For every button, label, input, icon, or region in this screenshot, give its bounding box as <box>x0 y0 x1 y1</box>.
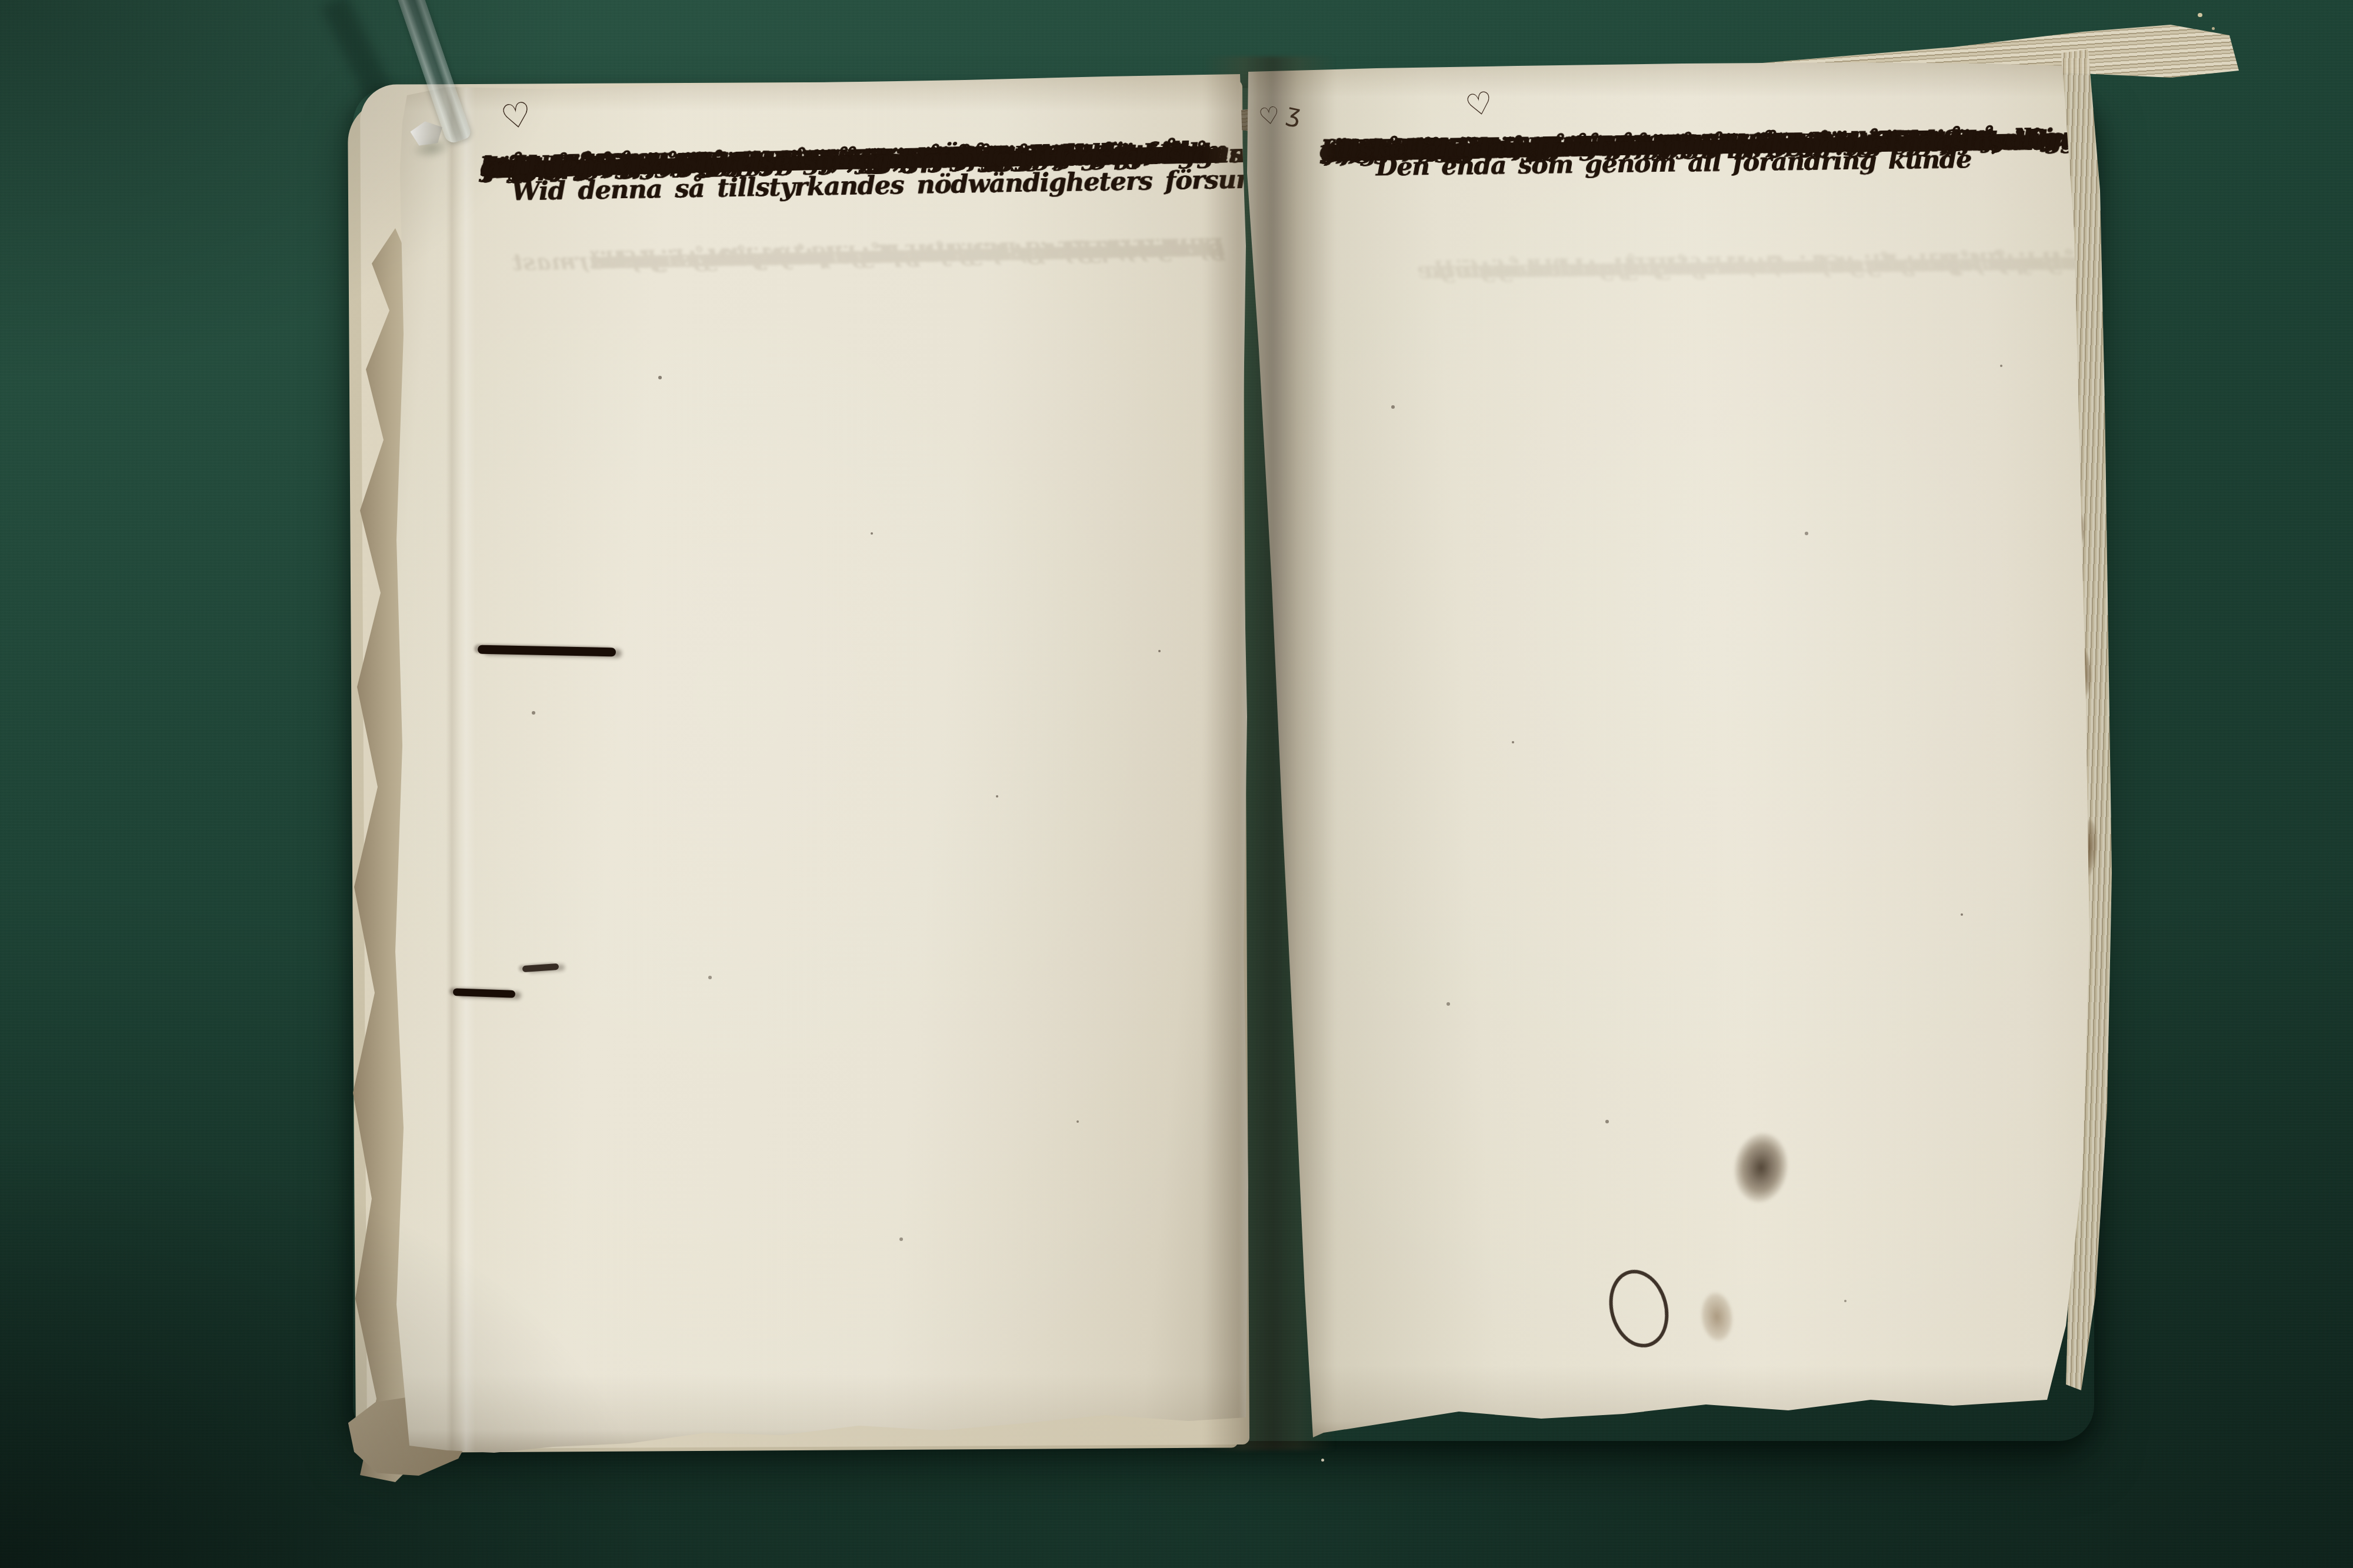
ink-bleed-through: gare hult wiste, härtill göra den ändrin… <box>400 219 1224 236</box>
ghost-line: bullret, hindrade nu mest, at fullfölja … <box>1424 232 2095 299</box>
ghost-line: gladare, plikt at till tjenstens framgån… <box>600 219 1225 289</box>
ink-blot <box>1694 1286 1742 1362</box>
manuscript-photo: gare hult wiste, härtill göra den ändrin… <box>0 0 2353 1568</box>
heart-doodle-icon: ♡ <box>498 96 534 135</box>
ghost-line: gare hult wiste, härtill göra den ändrin… <box>511 219 1225 291</box>
ghost-line: i fall de timmar som åtanlaga på Kyrkans… <box>591 219 1225 289</box>
ghost-line: billiga klagan icke skall lämnas utan Nå… <box>619 219 1225 288</box>
ghost-line: wara på fåfänglig och wärdslighet grunda… <box>1512 232 2095 298</box>
ghost-line: bataljen hindrat utafsedt derwid bragt d… <box>1435 232 2095 299</box>
right-page-text: wörd delat nu genom wäckelse åt allas st… <box>1321 118 2074 129</box>
ghost-line: Församlingen, hos Consistorium i Åbo sök… <box>1417 232 2095 299</box>
ghost-line: omständighet blifwer af föga betydenhet <box>686 219 1225 287</box>
ghost-line: färde för alla fastställas på andra sätt… <box>560 219 1224 290</box>
left-page: gare hult wiste, härtill göra den ändrin… <box>376 69 1259 1457</box>
handwritten-line: tillskott hädanefter kunna hålla honom s… <box>1321 120 2003 171</box>
ink-bleed-through: Andre för flere år sedan, missnögde med … <box>1341 232 2094 243</box>
ghost-line: Det är för öfrigt sig och det älsta, sam… <box>590 219 1225 289</box>
ghost-line: några år att stadigt wistandes å Swenska <box>1552 232 2095 298</box>
felt-speck <box>2198 13 2202 17</box>
ink-speckles <box>0 0 2 2</box>
ghost-line: Andre för flere år sedan, missnögde med … <box>1469 232 2095 299</box>
left-page-text: til närwarande Kyrkiogångs sätt åstadkom… <box>482 131 1253 147</box>
felt-speck <box>1321 1459 1324 1462</box>
gutter-shadow <box>1204 56 1335 1450</box>
felt-speck <box>2212 27 2215 30</box>
right-page: Andre för flere år sedan, missnögde med … <box>1235 55 2118 1449</box>
ghost-line: swenska Församlingenes ledamöter äro min… <box>628 219 1225 288</box>
